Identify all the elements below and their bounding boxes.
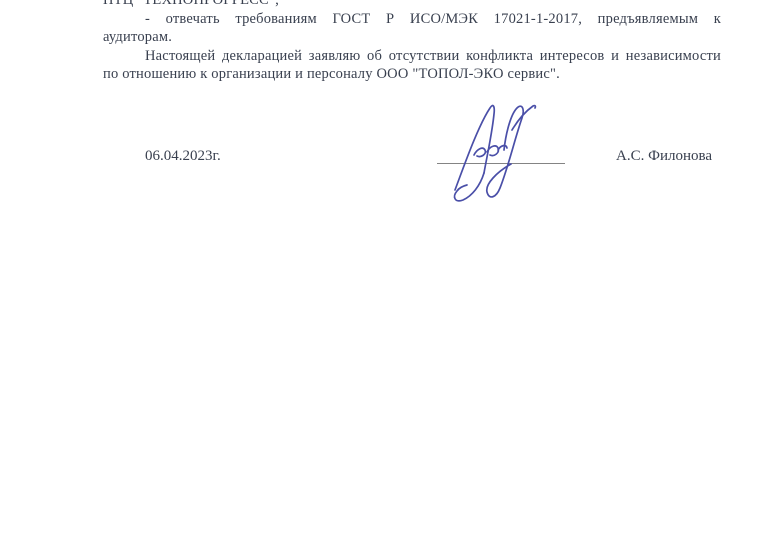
declaration-continuation: по отношению к организации и персоналу О… <box>103 65 721 84</box>
signatory-name: А.С. Филонова <box>616 148 712 165</box>
body-text: НТЦ "ТЕХНОПРОГРЕСС"; - отвечать требован… <box>103 0 721 84</box>
document-page: НТЦ "ТЕХНОПРОГРЕСС"; - отвечать требован… <box>0 0 768 543</box>
declaration-line: Настоящей декларацией заявляю об отсутст… <box>103 47 721 66</box>
date-text: 06.04.2023г. <box>145 148 221 165</box>
clipped-line: НТЦ "ТЕХНОПРОГРЕСС"; <box>103 0 721 10</box>
requirement-continuation: аудиторам. <box>103 28 721 47</box>
handwritten-signature-icon <box>448 98 543 210</box>
requirement-line: - отвечать требованиям ГОСТ Р ИСО/МЭК 17… <box>103 10 721 29</box>
